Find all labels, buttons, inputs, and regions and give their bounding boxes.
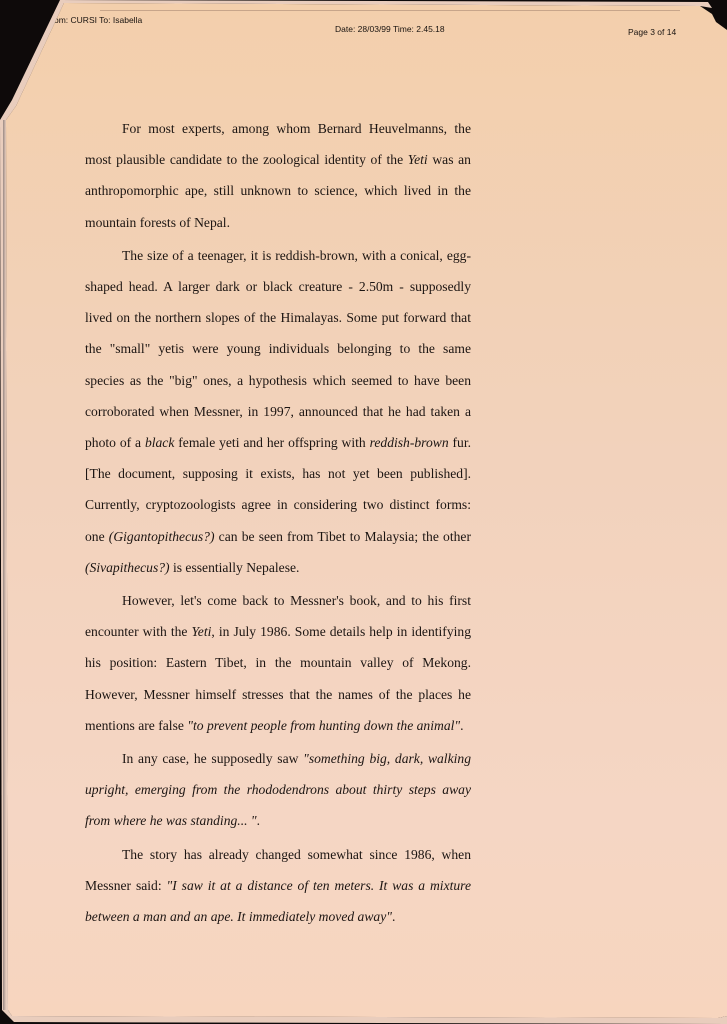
paragraph: However, let's come back to Messner's bo… xyxy=(85,585,471,741)
italic-text: "to prevent people from hunting down the… xyxy=(187,718,460,733)
text-segment: In any case, he supposedly saw xyxy=(122,751,303,766)
italic-text: Yeti xyxy=(191,624,211,639)
text-segment: . xyxy=(460,718,463,733)
paragraph: In any case, he supposedly saw "somethin… xyxy=(85,743,471,837)
text-segment: , in July 1986. Some details help in ide… xyxy=(85,624,471,733)
paragraph: The size of a teenager, it is reddish-br… xyxy=(85,240,471,583)
italic-text: Yeti xyxy=(408,152,428,167)
text-segment: fur. [The document, supposing it exists,… xyxy=(85,435,471,544)
document-page: om: CURSI To: Isabella Date: 28/03/99 Ti… xyxy=(0,0,727,1024)
header-page-number: Page 3 of 14 xyxy=(628,27,676,37)
paragraph: For most experts, among whom Bernard Heu… xyxy=(85,113,471,238)
text-segment: The size of a teenager, it is reddish-br… xyxy=(85,248,471,450)
italic-text: reddish-brown xyxy=(370,435,449,450)
text-segment: . xyxy=(257,813,260,828)
header-from-to: om: CURSI To: Isabella xyxy=(54,15,142,25)
text-segment: . xyxy=(392,909,395,924)
italic-text: black xyxy=(145,435,174,450)
paper-edge xyxy=(3,120,6,1010)
fax-header: om: CURSI To: Isabella Date: 28/03/99 Ti… xyxy=(0,0,727,40)
paragraph: The story has already changed somewhat s… xyxy=(85,839,471,933)
text-segment: can be seen from Tibet to Malaysia; the … xyxy=(215,529,471,544)
text-segment: is essentially Nepalese. xyxy=(170,560,300,575)
italic-text: (Gigantopithecus?) xyxy=(109,529,215,544)
italic-text: (Sivapithecus?) xyxy=(85,560,170,575)
header-date-time: Date: 28/03/99 Time: 2.45.18 xyxy=(335,24,445,34)
document-body: For most experts, among whom Bernard Heu… xyxy=(85,113,471,934)
text-segment: female yeti and her offspring with xyxy=(174,435,369,450)
